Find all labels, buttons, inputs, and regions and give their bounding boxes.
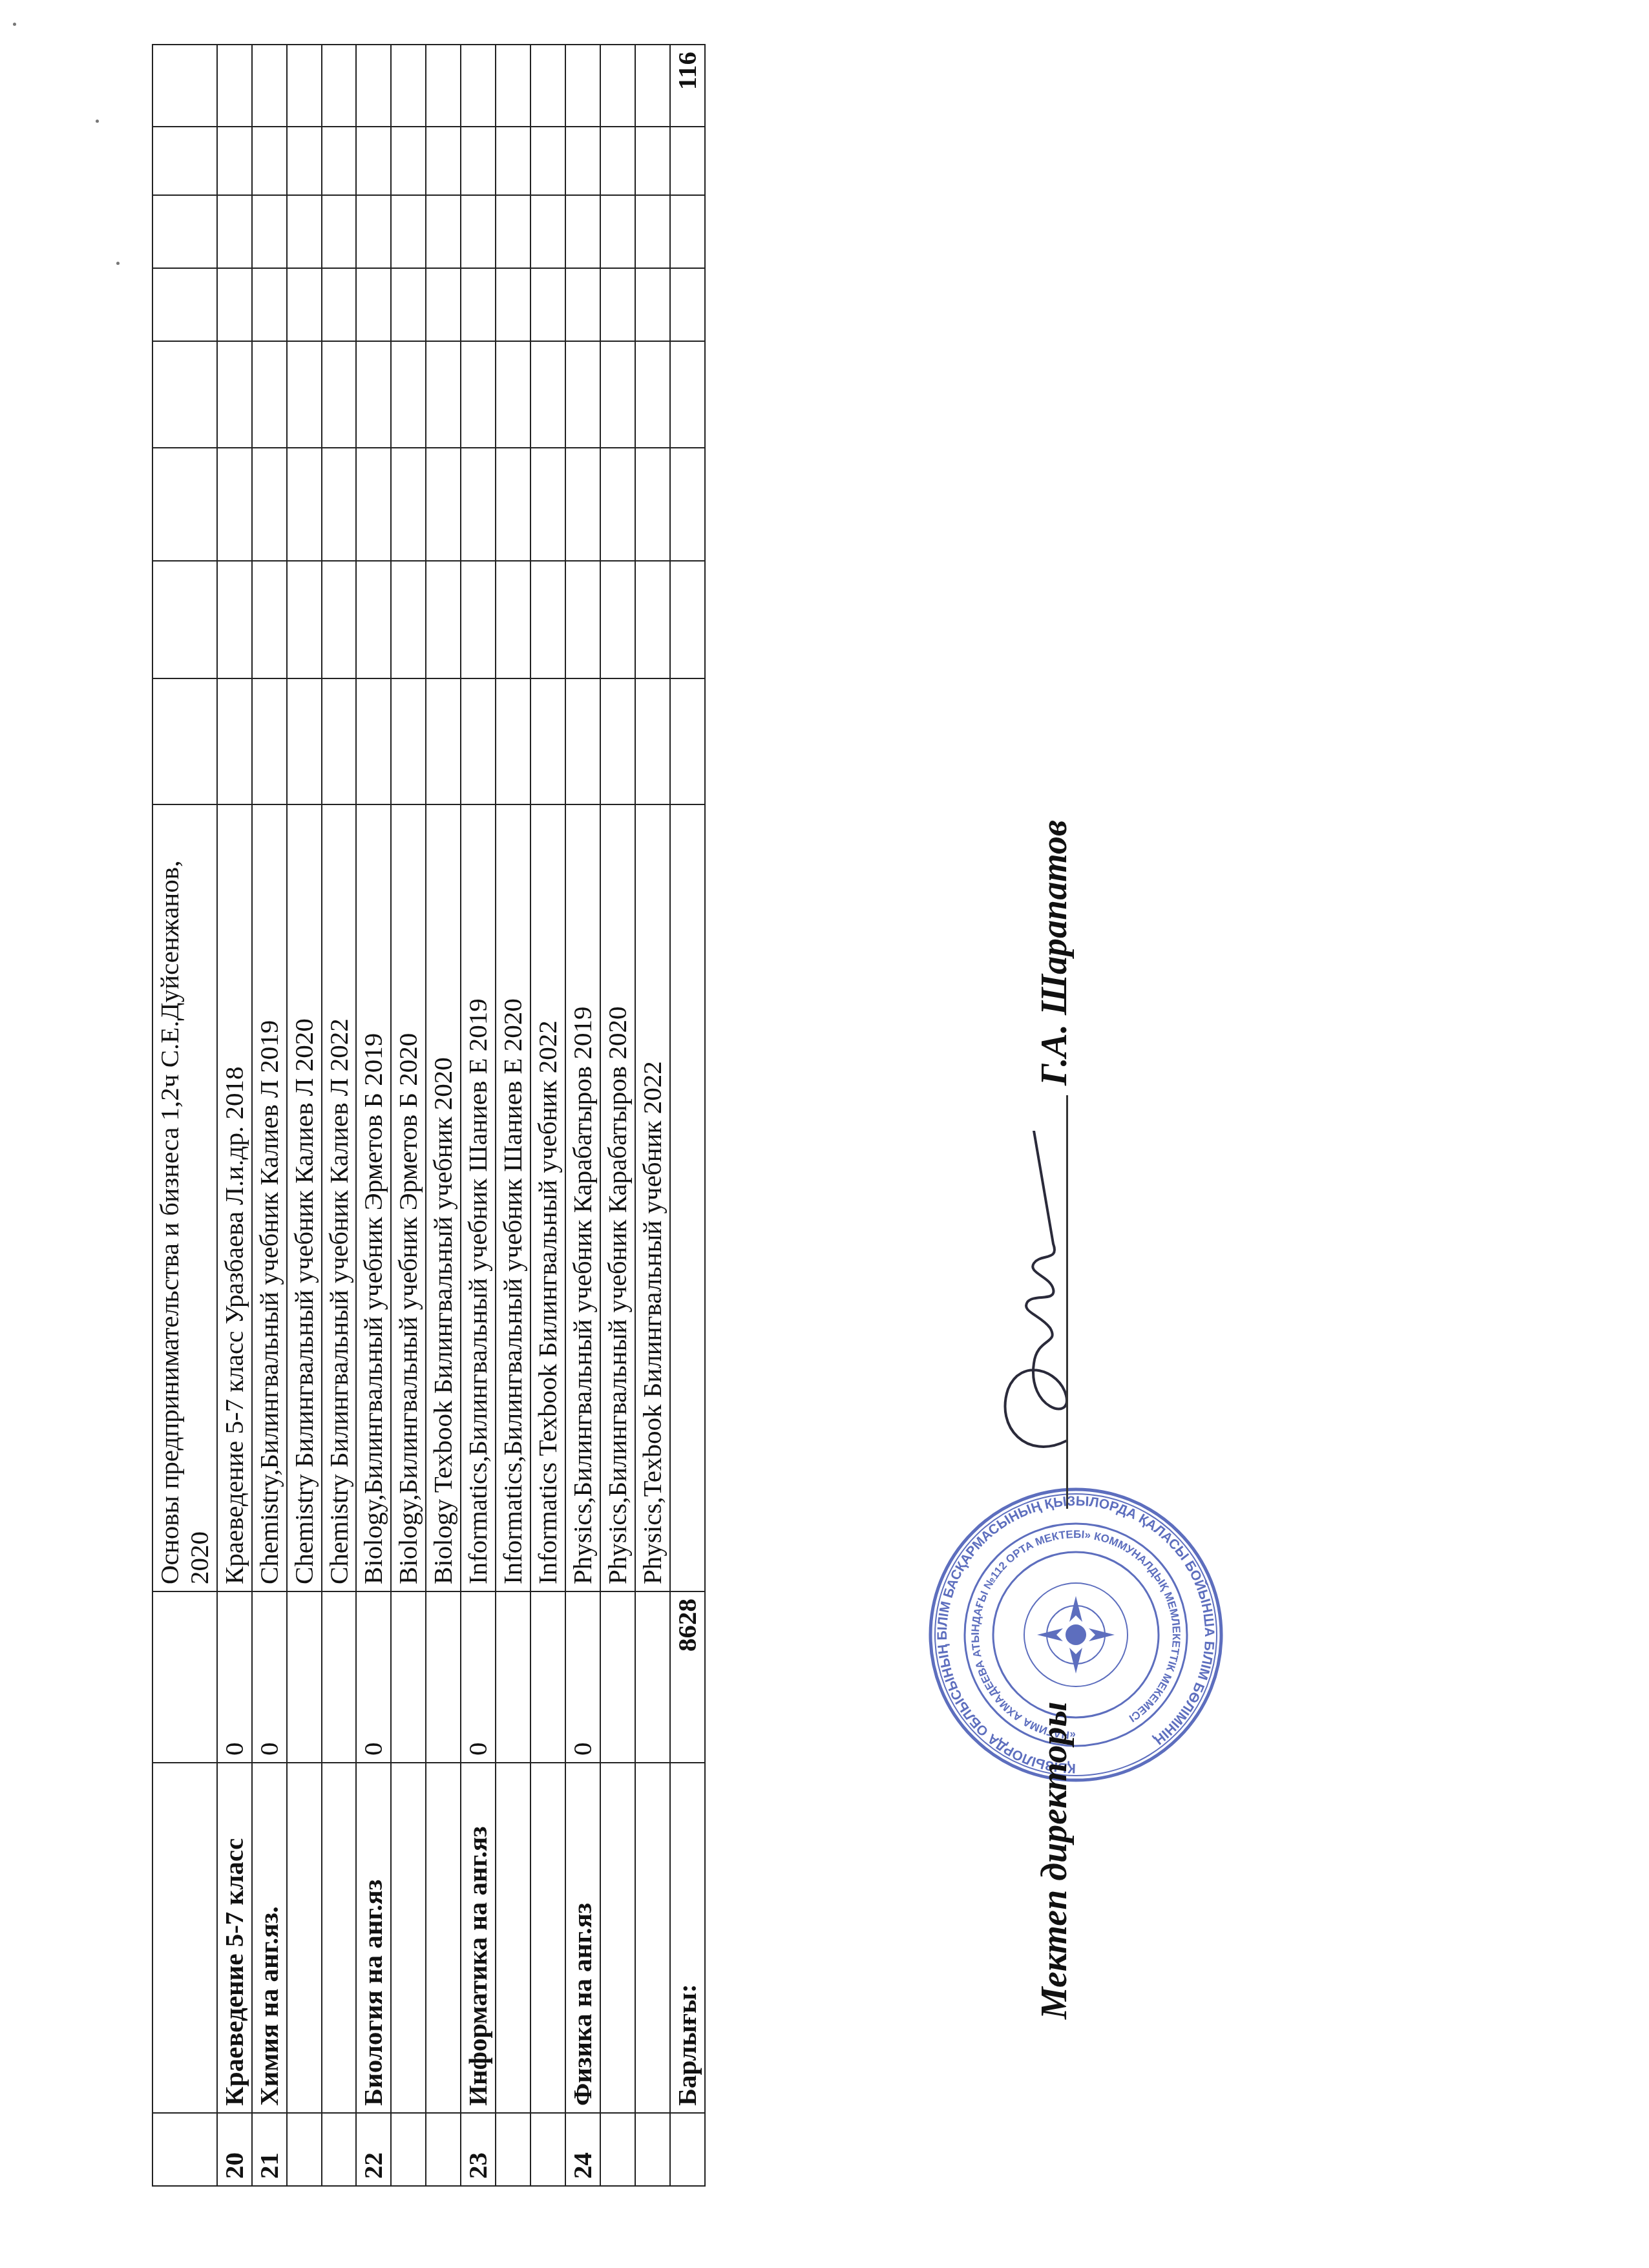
row-number [287, 2113, 322, 2186]
empty-cell [461, 678, 496, 804]
empty-cell [152, 678, 217, 804]
empty-cell [496, 127, 530, 195]
subject-cell: Краеведение 5-7 класс [217, 1763, 252, 2113]
empty-cell [461, 268, 496, 341]
row-total-cell [356, 45, 391, 127]
empty-cell [600, 195, 635, 268]
quantity-cell: 0 [217, 1591, 252, 1763]
signature-line [1066, 1095, 1068, 1509]
handwritten-signature-icon [989, 1131, 1079, 1467]
empty-cell [391, 195, 426, 268]
empty-cell [426, 448, 461, 561]
table-body: Основы предпринимательства и бизнеса 1,2… [152, 45, 705, 2186]
empty-cell [287, 678, 322, 804]
empty-cell [152, 448, 217, 561]
textbook-title-cell: Physics,Билингвальный учебник Карабатыро… [600, 804, 635, 1591]
empty-cell [461, 127, 496, 195]
empty-cell [635, 127, 670, 195]
empty-cell [530, 448, 565, 561]
empty-cell [217, 127, 252, 195]
row-total-cell [635, 45, 670, 127]
empty-cell [426, 127, 461, 195]
textbook-title-cell: Informatics,Билингвальный учебник Шаниев… [496, 804, 530, 1591]
empty-cell [356, 341, 391, 448]
empty-cell [152, 341, 217, 448]
empty-cell [217, 195, 252, 268]
table-row: Chemistry Билингвальный учебник Калиев Л… [287, 45, 322, 2186]
empty-cell [670, 448, 705, 561]
textbook-title-cell: Biology,Билингвальный учебник Эрметов Б … [356, 804, 391, 1591]
row-number [530, 2113, 565, 2186]
empty-cell [287, 195, 322, 268]
empty-cell [356, 195, 391, 268]
empty-cell [670, 268, 705, 341]
empty-cell [600, 268, 635, 341]
table-row: 23Информатика на анг.яз0Informatics,Били… [461, 45, 496, 2186]
quantity-cell [322, 1591, 357, 1763]
table-row: Physics,Texbook Билингвальный учебник 20… [635, 45, 670, 2186]
empty-cell [565, 561, 600, 678]
empty-cell [322, 195, 357, 268]
official-stamp: ҚЫЗЫЛОРДА ОБЛЫСЫНЫҢ БІЛІМ БАСҚАРМАСЫНЫҢ … [924, 1483, 1228, 1787]
empty-cell [635, 341, 670, 448]
subject-cell [287, 1763, 322, 2113]
scan-artifact [116, 262, 120, 265]
empty-cell [287, 127, 322, 195]
scan-artifact [96, 120, 99, 123]
row-total-cell [600, 45, 635, 127]
row-number: 21 [252, 2113, 287, 2186]
table-row: Informatics,Билингвальный учебник Шаниев… [496, 45, 530, 2186]
empty-cell [356, 561, 391, 678]
empty-cell [530, 341, 565, 448]
empty-cell [322, 127, 357, 195]
empty-cell [252, 195, 287, 268]
empty-cell [565, 268, 600, 341]
empty-cell [252, 268, 287, 341]
empty-cell [635, 678, 670, 804]
textbook-title-cell: Informatics Texbook Билингвальный учебни… [530, 804, 565, 1591]
textbook-title-cell: Краеведение 5-7 класс Уразбаева Л.и.др. … [217, 804, 252, 1591]
row-number [152, 2113, 217, 2186]
row-total-cell [391, 45, 426, 127]
textbook-title-cell: Informatics,Билингвальный учебник Шаниев… [461, 804, 496, 1591]
empty-cell [600, 341, 635, 448]
empty-cell [530, 195, 565, 268]
quantity-cell [152, 1591, 217, 1763]
empty-cell [252, 127, 287, 195]
empty-cell [252, 678, 287, 804]
row-total-cell [287, 45, 322, 127]
table-row: Chemistry Билингвальный учебник Калиев Л… [322, 45, 357, 2186]
subject-cell [152, 1763, 217, 2113]
row-total-cell [252, 45, 287, 127]
table-row: 24Физика на анг.яз0Physics,Билингвальный… [565, 45, 600, 2186]
empty-cell [217, 448, 252, 561]
director-name: Г.А. Шарапатов [1034, 820, 1075, 1086]
empty-cell [356, 448, 391, 561]
empty-cell [217, 678, 252, 804]
total-row: Барлығы:8628116 [670, 45, 705, 2186]
empty-cell [252, 561, 287, 678]
empty-cell [356, 127, 391, 195]
row-number [600, 2113, 635, 2186]
table-row: Physics,Билингвальный учебник Карабатыро… [600, 45, 635, 2186]
empty-cell [356, 268, 391, 341]
empty-cell [426, 678, 461, 804]
empty-cell [391, 678, 426, 804]
textbook-title-cell: Chemistry,Билингвальный учебник Калиев Л… [252, 804, 287, 1591]
quantity-cell [426, 1591, 461, 1763]
textbook-title-cell: Biology,Билингвальный учебник Эрметов Б … [391, 804, 426, 1591]
empty-cell [461, 561, 496, 678]
total-quantity: 8628 [670, 1591, 705, 1763]
empty-cell [635, 268, 670, 341]
grand-total: 116 [670, 45, 705, 127]
empty-cell [496, 268, 530, 341]
table-row: Основы предпринимательства и бизнеса 1,2… [152, 45, 217, 2186]
textbook-title-cell: Основы предпринимательства и бизнеса 1,2… [152, 804, 217, 1591]
textbook-table: Основы предпринимательства и бизнеса 1,2… [152, 44, 706, 2187]
subject-cell: Химия на анг.яз. [252, 1763, 287, 2113]
empty-cell [391, 448, 426, 561]
empty-cell [600, 127, 635, 195]
empty-cell [287, 448, 322, 561]
empty-cell [565, 195, 600, 268]
row-total-cell [426, 45, 461, 127]
row-number: 23 [461, 2113, 496, 2186]
empty-cell [496, 195, 530, 268]
empty-cell [152, 127, 217, 195]
quantity-cell [287, 1591, 322, 1763]
empty-cell [670, 804, 705, 1591]
textbook-title-cell: Chemistry Билингвальный учебник Калиев Л… [287, 804, 322, 1591]
textbook-title-cell: Chemistry Билингвальный учебник Калиев Л… [322, 804, 357, 1591]
row-number [322, 2113, 357, 2186]
table-row: Biology Texbook Билингвальный учебник 20… [426, 45, 461, 2186]
empty-cell [322, 448, 357, 561]
subject-cell: Физика на анг.яз [565, 1763, 600, 2113]
row-number [426, 2113, 461, 2186]
row-total-cell [152, 45, 217, 127]
empty-cell [565, 678, 600, 804]
empty-cell [287, 341, 322, 448]
table-row: 20Краеведение 5-7 класс0Краеведение 5-7 … [217, 45, 252, 2186]
empty-cell [217, 561, 252, 678]
total-label: Барлығы: [670, 1763, 705, 2113]
document-page: Основы предпринимательства и бизнеса 1,2… [0, 0, 1649, 2268]
empty-cell [461, 341, 496, 448]
empty-cell [322, 561, 357, 678]
empty-cell [670, 341, 705, 448]
empty-cell [391, 561, 426, 678]
quantity-cell: 0 [461, 1591, 496, 1763]
quantity-cell [496, 1591, 530, 1763]
empty-cell [322, 678, 357, 804]
textbook-title-cell: Biology Texbook Билингвальный учебник 20… [426, 804, 461, 1591]
empty-cell [287, 561, 322, 678]
empty-cell [152, 268, 217, 341]
empty-cell [635, 448, 670, 561]
empty-cell [391, 341, 426, 448]
empty-cell [391, 268, 426, 341]
row-number [496, 2113, 530, 2186]
row-number [635, 2113, 670, 2186]
empty-cell [635, 561, 670, 678]
row-total-cell [217, 45, 252, 127]
subject-cell: Биология на анг.яз [356, 1763, 391, 2113]
row-total-cell [565, 45, 600, 127]
empty-cell [565, 341, 600, 448]
empty-cell [426, 561, 461, 678]
row-total-cell [322, 45, 357, 127]
empty-cell [252, 448, 287, 561]
empty-cell [356, 678, 391, 804]
row-number: 22 [356, 2113, 391, 2186]
empty-cell [426, 195, 461, 268]
row-total-cell [496, 45, 530, 127]
subject-cell [635, 1763, 670, 2113]
quantity-cell: 0 [252, 1591, 287, 1763]
empty-cell [252, 341, 287, 448]
empty-cell [217, 268, 252, 341]
row-total-cell [461, 45, 496, 127]
empty-cell [391, 127, 426, 195]
table-row: 21Химия на анг.яз.0Chemistry,Билингвальн… [252, 45, 287, 2186]
subject-cell [530, 1763, 565, 2113]
empty-cell [530, 561, 565, 678]
row-number [391, 2113, 426, 2186]
textbook-title-cell: Physics,Texbook Билингвальный учебник 20… [635, 804, 670, 1591]
quantity-cell [635, 1591, 670, 1763]
quantity-cell [600, 1591, 635, 1763]
empty-cell [426, 341, 461, 448]
empty-cell [461, 448, 496, 561]
empty-cell [600, 561, 635, 678]
empty-cell [530, 268, 565, 341]
empty-cell [287, 268, 322, 341]
empty-cell [496, 561, 530, 678]
empty-cell [322, 341, 357, 448]
table-row: Biology,Билингвальный учебник Эрметов Б … [391, 45, 426, 2186]
empty-cell [461, 195, 496, 268]
empty-cell [670, 195, 705, 268]
quantity-cell [391, 1591, 426, 1763]
subject-cell [600, 1763, 635, 2113]
textbook-title-cell: Physics,Билингвальный учебник Карабатыро… [565, 804, 600, 1591]
subject-cell: Информатика на анг.яз [461, 1763, 496, 2113]
scan-artifact [13, 23, 16, 26]
stamp-seal-icon: ҚЫЗЫЛОРДА ОБЛЫСЫНЫҢ БІЛІМ БАСҚАРМАСЫНЫҢ … [924, 1483, 1228, 1787]
empty-cell [496, 678, 530, 804]
empty-cell [565, 127, 600, 195]
director-title: Мектеп директоры [1034, 1702, 1075, 2019]
subject-cell [391, 1763, 426, 2113]
row-number: 20 [217, 2113, 252, 2186]
empty-cell [426, 268, 461, 341]
table-row: 22Биология на анг.яз0Biology,Билингвальн… [356, 45, 391, 2186]
empty-cell [670, 561, 705, 678]
empty-cell [565, 448, 600, 561]
subject-cell [322, 1763, 357, 2113]
subject-cell [496, 1763, 530, 2113]
row-total-cell [530, 45, 565, 127]
empty-cell [496, 341, 530, 448]
quantity-cell: 0 [565, 1591, 600, 1763]
row-number: 24 [565, 2113, 600, 2186]
quantity-cell: 0 [356, 1591, 391, 1763]
empty-cell [530, 678, 565, 804]
empty-cell [670, 2113, 705, 2186]
empty-cell [217, 341, 252, 448]
empty-cell [152, 195, 217, 268]
empty-cell [600, 448, 635, 561]
empty-cell [322, 268, 357, 341]
table-row: Informatics Texbook Билингвальный учебни… [530, 45, 565, 2186]
empty-cell [530, 127, 565, 195]
quantity-cell [530, 1591, 565, 1763]
empty-cell [600, 678, 635, 804]
empty-cell [670, 127, 705, 195]
empty-cell [670, 678, 705, 804]
empty-cell [635, 195, 670, 268]
empty-cell [496, 448, 530, 561]
empty-cell [152, 561, 217, 678]
subject-cell [426, 1763, 461, 2113]
